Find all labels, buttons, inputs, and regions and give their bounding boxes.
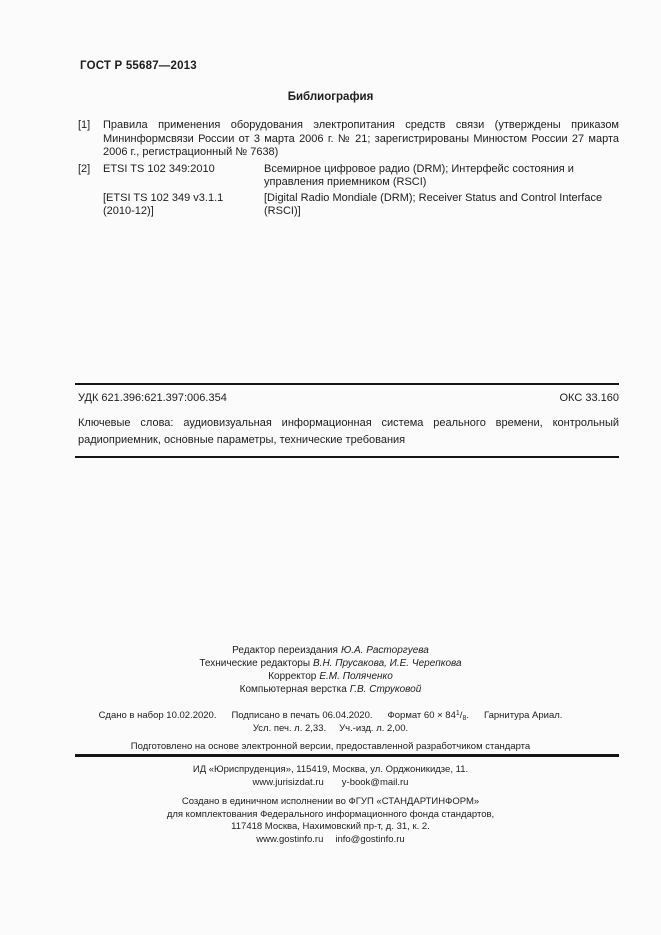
section-title: Библиография xyxy=(0,91,661,103)
entry-marker: [1] xyxy=(78,119,103,160)
credit-role: Корректор xyxy=(268,671,316,682)
entry-text: Правила применения оборудования электроп… xyxy=(103,119,619,160)
imprint-print-sheets: Усл. печ. л. 2,33. xyxy=(253,723,326,734)
credit-name: В.Н. Прусакова, И.Е. Черепкова xyxy=(313,658,462,669)
credit-line-proofreader: КорректорЕ.М. Поляченко xyxy=(0,670,661,683)
credit-role: Технические редакторы xyxy=(199,658,310,669)
bibliography-entry-2: [2] ETSI TS 102 349:2010 Всемирное цифро… xyxy=(78,163,619,219)
oks-code: ОКС 33.160 xyxy=(560,392,620,404)
keywords-paragraph: Ключевые слова: аудиовизуальная информац… xyxy=(78,415,619,448)
entry-marker: [2] xyxy=(78,163,103,219)
udk-code: УДК 621.396:621.397:006.354 xyxy=(78,392,227,404)
imprint-print-date: Подписано в печать 06.04.2020. xyxy=(231,710,372,721)
entry-ref-ru: ETSI TS 102 349:2010 xyxy=(103,163,264,190)
standartinform-website: www.gostinfo.ru xyxy=(256,834,323,847)
credit-name: Г.В. Струковой xyxy=(350,684,422,695)
credit-line-layout: Компьютерная версткаГ.В. Струковой xyxy=(0,683,661,696)
standartinform-address: 117418 Москва, Нахимовский пр-т, д. 31, … xyxy=(0,821,661,834)
credit-line-editor: Редактор переизданияЮ.А. Расторгуева xyxy=(0,644,661,657)
entry-ref-en: [ETSI TS 102 349 v3.1.1 (2010-12)] xyxy=(103,192,264,219)
imprint-line-2: Усл. печ. л. 2,33. Уч.-изд. л. 2,00. xyxy=(0,723,661,734)
publisher-address: ИД «Юриспруденция», 115419, Москва, ул. … xyxy=(0,763,661,776)
entry-desc-en: [Digital Radio Mondiale (DRM); Receiver … xyxy=(264,192,619,219)
imprint-line-1: Сдано в набор 10.02.2020. Подписано в пе… xyxy=(0,710,661,721)
credit-name: Е.М. Поляченко xyxy=(319,671,392,682)
credits-block: Редактор переизданияЮ.А. Расторгуева Тех… xyxy=(0,644,661,696)
prepared-note: Подготовлено на основе электронной верси… xyxy=(0,741,661,752)
publisher-block: ИД «Юриспруденция», 115419, Москва, ул. … xyxy=(0,763,661,789)
entry-columns: ETSI TS 102 349:2010 Всемирное цифровое … xyxy=(103,163,619,219)
standartinform-block: Создано в единичном исполнении во ФГУП «… xyxy=(0,796,661,846)
credit-line-tech-editors: Технические редакторыВ.Н. Прусакова, И.Е… xyxy=(0,657,661,670)
doc-code-header: ГОСТ Р 55687—2013 xyxy=(80,60,197,72)
credit-name: Ю.А. Расторгуева xyxy=(341,645,429,656)
publisher-email: y-book@mail.ru xyxy=(342,776,409,789)
publisher-website: www.jurisizdat.ru xyxy=(253,776,324,789)
credit-role: Редактор переиздания xyxy=(232,645,338,656)
document-page: ГОСТ Р 55687—2013 Библиография [1] Прави… xyxy=(0,0,661,935)
classification-row: УДК 621.396:621.397:006.354 ОКС 33.160 xyxy=(78,392,619,404)
standartinform-email: info@gostinfo.ru xyxy=(335,834,404,847)
imprint-pub-sheets: Уч.-изд. л. 2,00. xyxy=(339,723,408,734)
credit-role: Компьютерная верстка xyxy=(240,684,347,695)
standartinform-contacts: www.gostinfo.ru info@gostinfo.ru xyxy=(0,834,661,847)
imprint-format: Формат 60 × 841/8. xyxy=(388,710,469,721)
bibliography: [1] Правила применения оборудования элек… xyxy=(78,119,619,222)
entry-desc-ru: Всемирное цифровое радио (DRM); Интерфей… xyxy=(264,163,619,190)
bibliography-entry-1: [1] Правила применения оборудования элек… xyxy=(78,119,619,160)
divider-rule-colophon xyxy=(75,754,619,757)
divider-rule-keywords xyxy=(75,456,619,458)
divider-rule-top xyxy=(75,383,619,385)
imprint-set-date: Сдано в набор 10.02.2020. xyxy=(99,710,217,721)
imprint-typeface: Гарнитура Ариал. xyxy=(484,710,562,721)
publisher-contacts: www.jurisizdat.ru y-book@mail.ru xyxy=(0,776,661,789)
standartinform-line-2: для комплектования Федерального информац… xyxy=(0,809,661,822)
standartinform-line-1: Создано в единичном исполнении во ФГУП «… xyxy=(0,796,661,809)
